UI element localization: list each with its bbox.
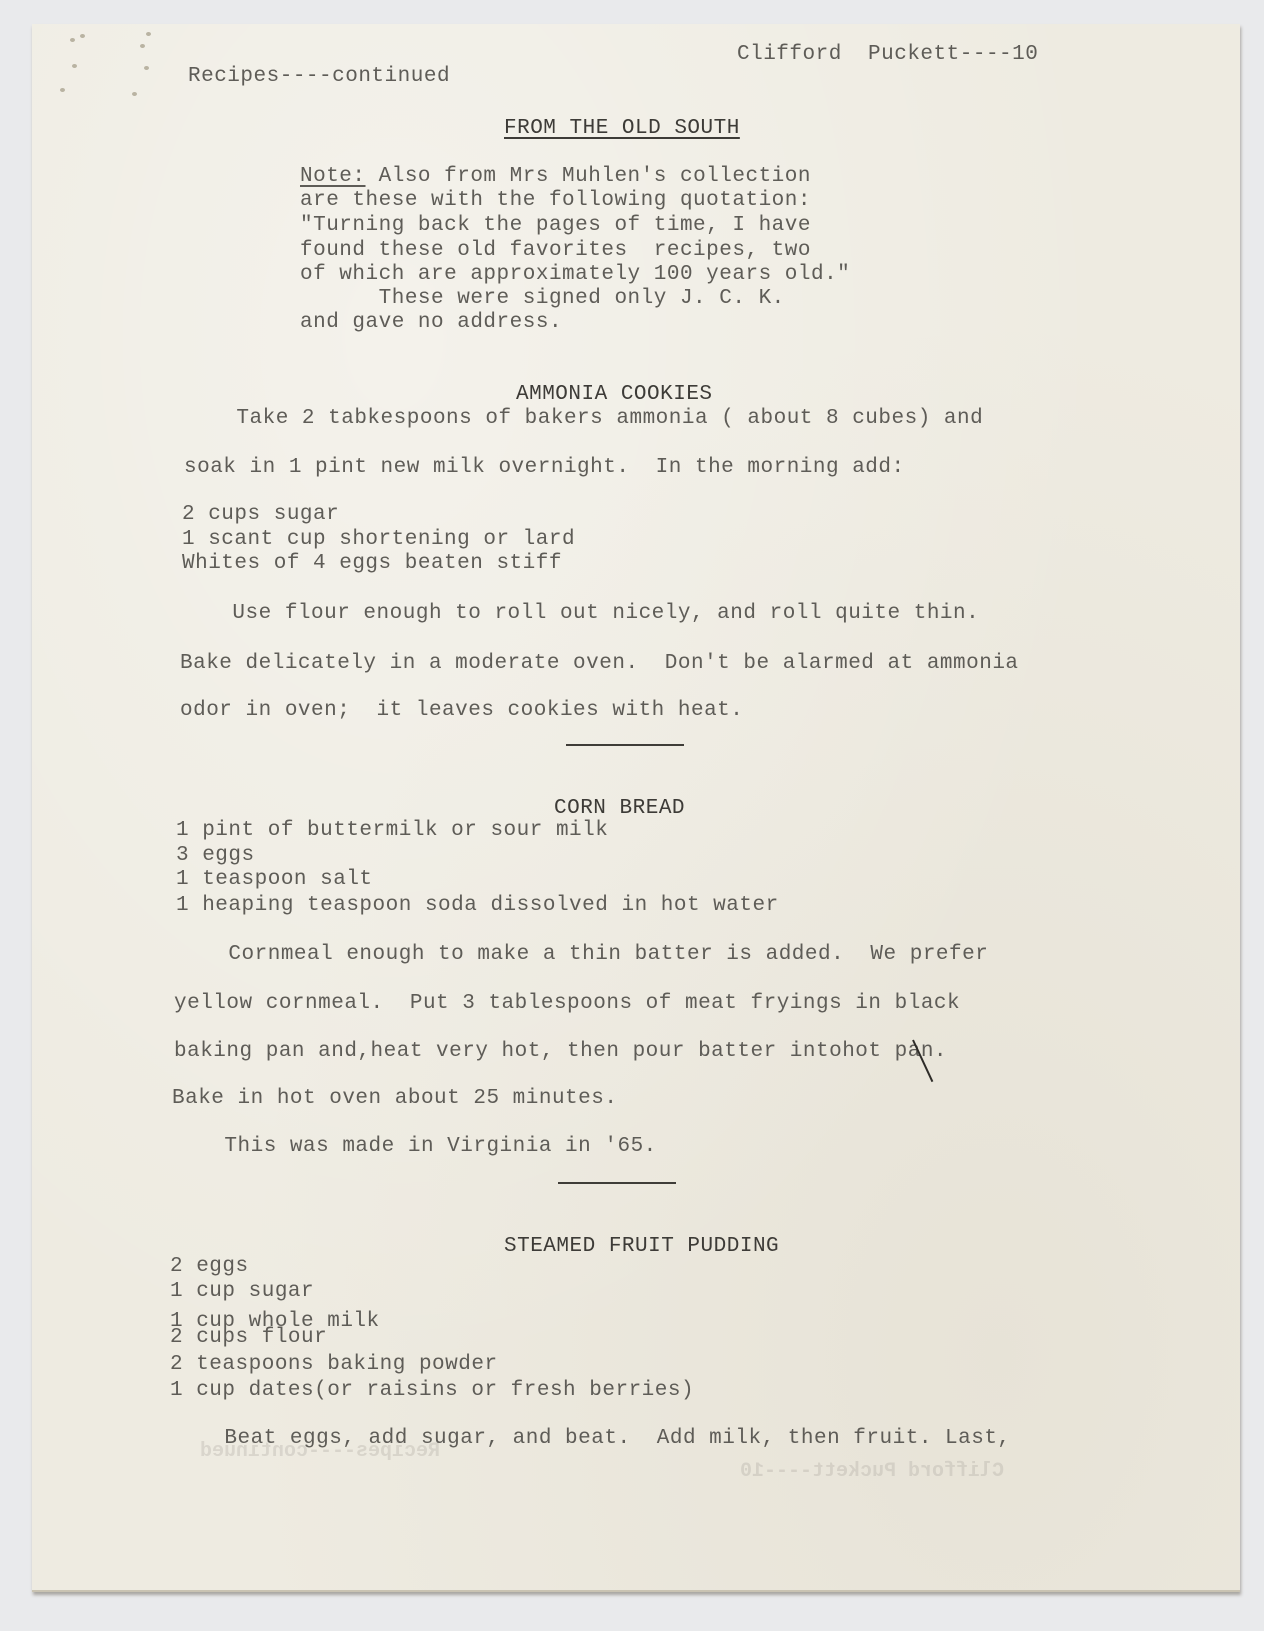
ingredient-line: 1 teaspoon salt xyxy=(176,867,373,892)
note-line: found these old favorites recipes, two xyxy=(300,238,811,263)
note-line: are these with the following quotation: xyxy=(300,188,811,213)
direction-line: Bake in hot oven about 25 minutes. xyxy=(172,1086,617,1111)
punch-hole xyxy=(146,32,151,36)
direction-line: Bake delicately in a moderate oven. Don'… xyxy=(180,651,1019,676)
recipe-intro-line: Take 2 tabkespoons of bakers ammonia ( a… xyxy=(184,406,983,431)
section-divider xyxy=(558,1182,676,1184)
direction-line: Use flour enough to roll out nicely, and… xyxy=(180,601,979,626)
ingredient-line: 2 cups sugar xyxy=(182,502,339,527)
direction-line: baking pan and,heat very hot, then pour … xyxy=(174,1039,947,1064)
header-right: Clifford Puckett----10 xyxy=(737,42,1038,67)
section-title: FROM THE OLD SOUTH xyxy=(504,116,740,141)
punch-hole xyxy=(60,88,65,92)
ingredient-line: 2 teaspoons baking powder xyxy=(170,1352,498,1377)
ingredient-line: 1 pint of buttermilk or sour milk xyxy=(176,818,608,843)
recipe-intro-line: soak in 1 pint new milk overnight. In th… xyxy=(184,455,905,480)
recipe-footnote: This was made in Virginia in '65. xyxy=(172,1134,657,1159)
punch-hole xyxy=(144,66,149,70)
header-left: Recipes----continued xyxy=(188,64,450,89)
ingredient-line: 1 scant cup shortening or lard xyxy=(182,527,575,552)
punch-hole xyxy=(72,64,77,68)
direction-line: odor in oven; it leaves cookies with hea… xyxy=(180,698,743,723)
ingredient-line: 1 heaping teaspoon soda dissolved in hot… xyxy=(176,893,779,918)
direction-line: Cornmeal enough to make a thin batter is… xyxy=(176,942,988,967)
ingredient-line: 2 eggs xyxy=(170,1254,249,1279)
ingredient-line: Whites of 4 eggs beaten stiff xyxy=(182,551,562,576)
note-first-line: Note: Also from Mrs Muhlen's collection xyxy=(300,164,811,189)
punch-hole xyxy=(80,34,85,38)
ingredient-line: 2 cups flour xyxy=(170,1325,327,1350)
ingredient-line: 3 eggs xyxy=(176,843,255,868)
punch-hole xyxy=(70,38,75,42)
ingredient-line: 1 cup sugar xyxy=(170,1279,314,1304)
direction-line: yellow cornmeal. Put 3 tablespoons of me… xyxy=(174,991,960,1016)
note-first-line-text: Also from Mrs Muhlen's collection xyxy=(366,165,811,188)
show-through-text: Clifford Puckett----10 xyxy=(740,1460,1004,1484)
section-divider xyxy=(566,744,684,746)
note-line: and gave no address. xyxy=(300,310,562,335)
ingredient-line: 1 cup dates(or raisins or fresh berries) xyxy=(170,1378,694,1403)
note-label: Note: xyxy=(300,165,366,188)
note-line: "Turning back the pages of time, I have xyxy=(300,213,811,238)
recipe-title: AMMONIA COOKIES xyxy=(516,382,713,407)
note-line: These were signed only J. C. K. xyxy=(300,286,785,311)
punch-hole xyxy=(132,92,137,96)
show-through-text: Recipes----continued xyxy=(200,1440,440,1464)
recipe-title: STEAMED FRUIT PUDDING xyxy=(504,1234,779,1259)
note-line: of which are approximately 100 years old… xyxy=(300,262,850,287)
punch-hole xyxy=(140,44,145,48)
